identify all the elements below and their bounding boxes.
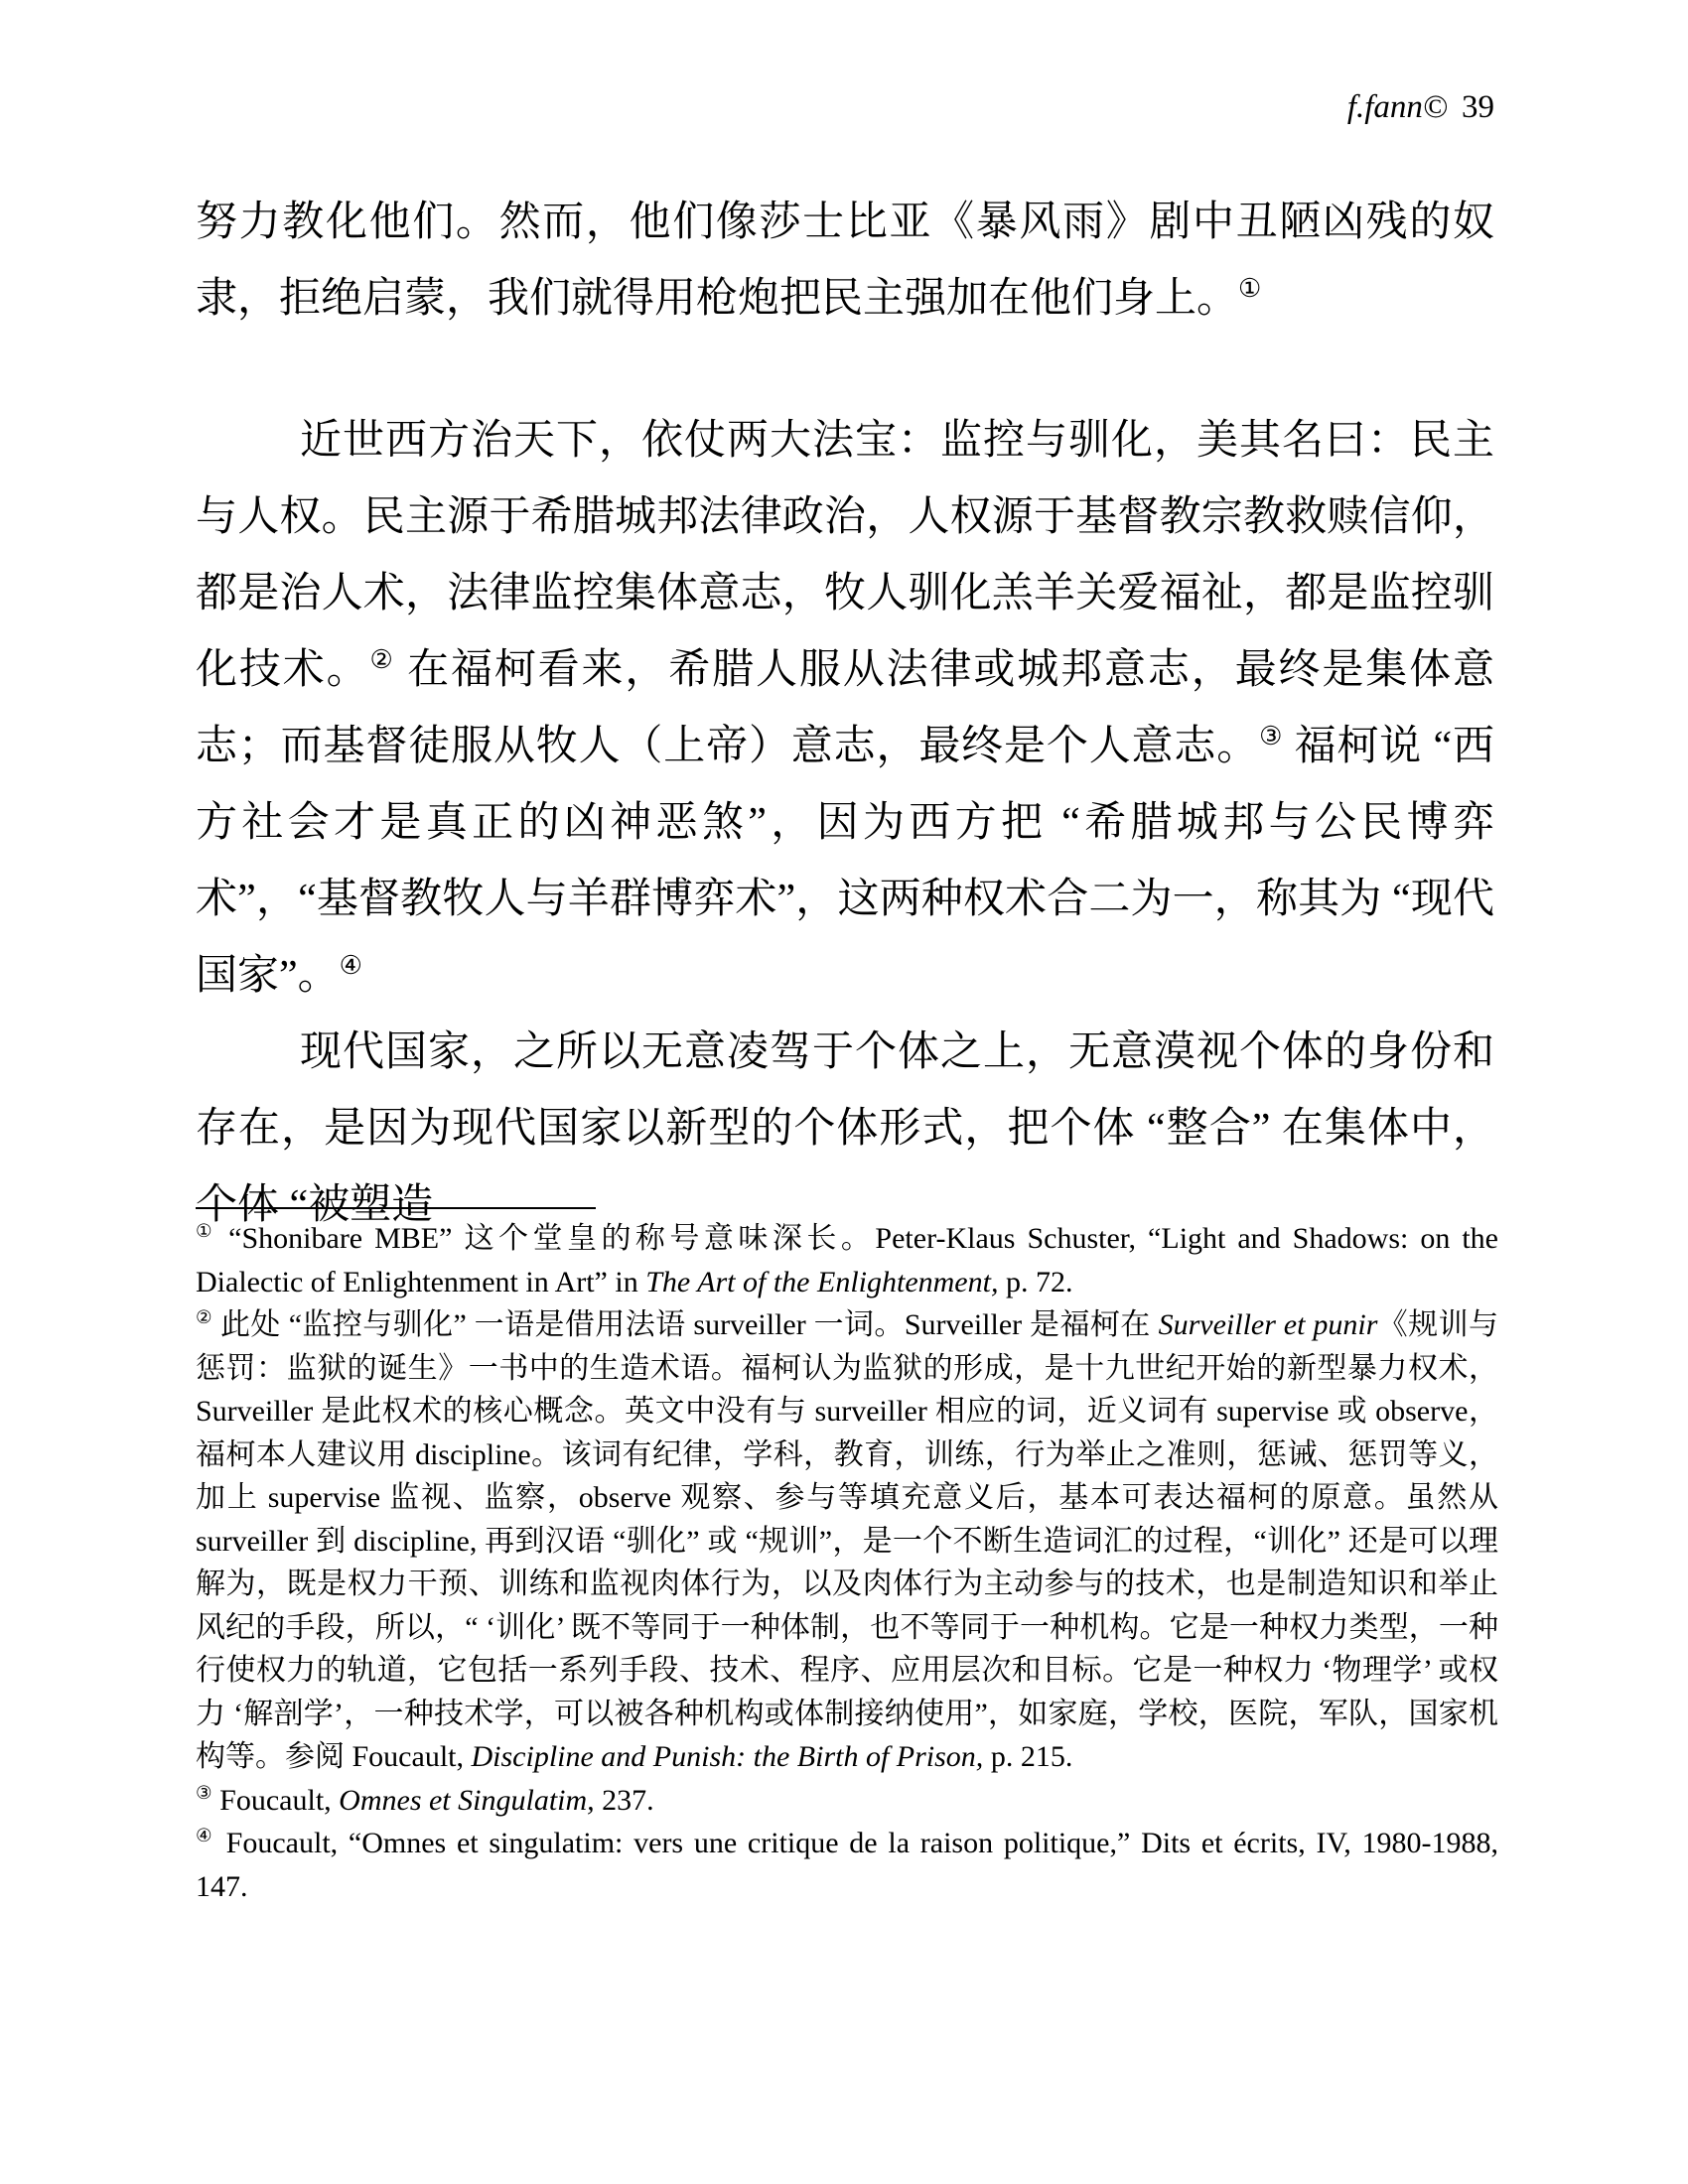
header-page-number: 39 (1462, 89, 1494, 125)
page-header: f.fann©39 (1347, 89, 1494, 126)
footnote-ref: ④ (340, 951, 362, 980)
text-run: Foucault, (212, 1784, 340, 1817)
text-run: 现代国家，之所以无意凌驾于个体之上，无意漠视个体的身份和存在，是因为现代国家以新… (196, 1029, 1494, 1228)
body-text: 努力教化他们。然而，他们像莎士比亚《暴风雨》剧中丑陋凶残的奴隶，拒绝启蒙，我们就… (196, 185, 1494, 1244)
text-run: Foucault, “Omnes et singulatim: vers une… (196, 1827, 1498, 1903)
footnote-number: ④ (196, 1826, 215, 1846)
footnotes: ① “Shonibare MBE” 这个堂皇的称号意味深长。Peter-Klau… (196, 1217, 1498, 1908)
italic-run: Surveiller et punir (1159, 1308, 1378, 1341)
text-run: 《规训与惩罚：监狱的诞生》一书中的生造术语。福柯认为监狱的形成，是十九世纪开始的… (196, 1308, 1498, 1773)
text-run: 努力教化他们。然而，他们像莎士比亚《暴风雨》剧中丑陋凶残的奴隶，拒绝启蒙，我们就… (196, 200, 1494, 322)
footnote-3: ③ Foucault, Omnes et Singulatim, 237. (196, 1779, 1498, 1823)
paragraph-3: 现代国家，之所以无意凌驾于个体之上，无意漠视个体的身份和存在，是因为现代国家以新… (196, 1015, 1494, 1244)
header-author: f.fann© (1347, 89, 1448, 125)
document-page: f.fann©39 努力教化他们。然而，他们像莎士比亚《暴风雨》剧中丑陋凶残的奴… (0, 0, 1688, 2184)
text-run: 此处 “监控与驯化” 一语是借用法语 surveiller 一词。Surveil… (212, 1308, 1159, 1341)
footnote-4: ④ Foucault, “Omnes et singulatim: vers u… (196, 1822, 1498, 1908)
text-run: p. 215. (983, 1740, 1072, 1773)
footnote-number: ③ (196, 1783, 212, 1804)
footnote-2: ② 此处 “监控与驯化” 一语是借用法语 surveiller 一词。Surve… (196, 1303, 1498, 1779)
footnote-number: ① (196, 1221, 216, 1242)
paragraph-1: 努力教化他们。然而，他们像莎士比亚《暴风雨》剧中丑陋凶残的奴隶，拒绝启蒙，我们就… (196, 185, 1494, 338)
footnote-number: ② (196, 1307, 212, 1328)
italic-run: Discipline and Punish: the Birth of Pris… (472, 1740, 984, 1773)
text-run: p. 72. (998, 1266, 1072, 1298)
footnote-ref: ② (369, 645, 394, 674)
footnote-ref: ① (1238, 274, 1261, 303)
italic-run: Omnes et Singulatim, (339, 1784, 594, 1817)
footnote-separator (196, 1207, 596, 1209)
italic-run: The Art of the Enlightenment, (645, 1266, 998, 1298)
text-run: 237. (595, 1784, 654, 1817)
paragraph-2: 近世西方治天下，依仗两大法宝：监控与驯化，美其名曰：民主与人权。民主源于希腊城邦… (196, 403, 1494, 1015)
footnote-ref: ③ (1259, 722, 1283, 751)
footnote-1: ① “Shonibare MBE” 这个堂皇的称号意味深长。Peter-Klau… (196, 1217, 1498, 1303)
